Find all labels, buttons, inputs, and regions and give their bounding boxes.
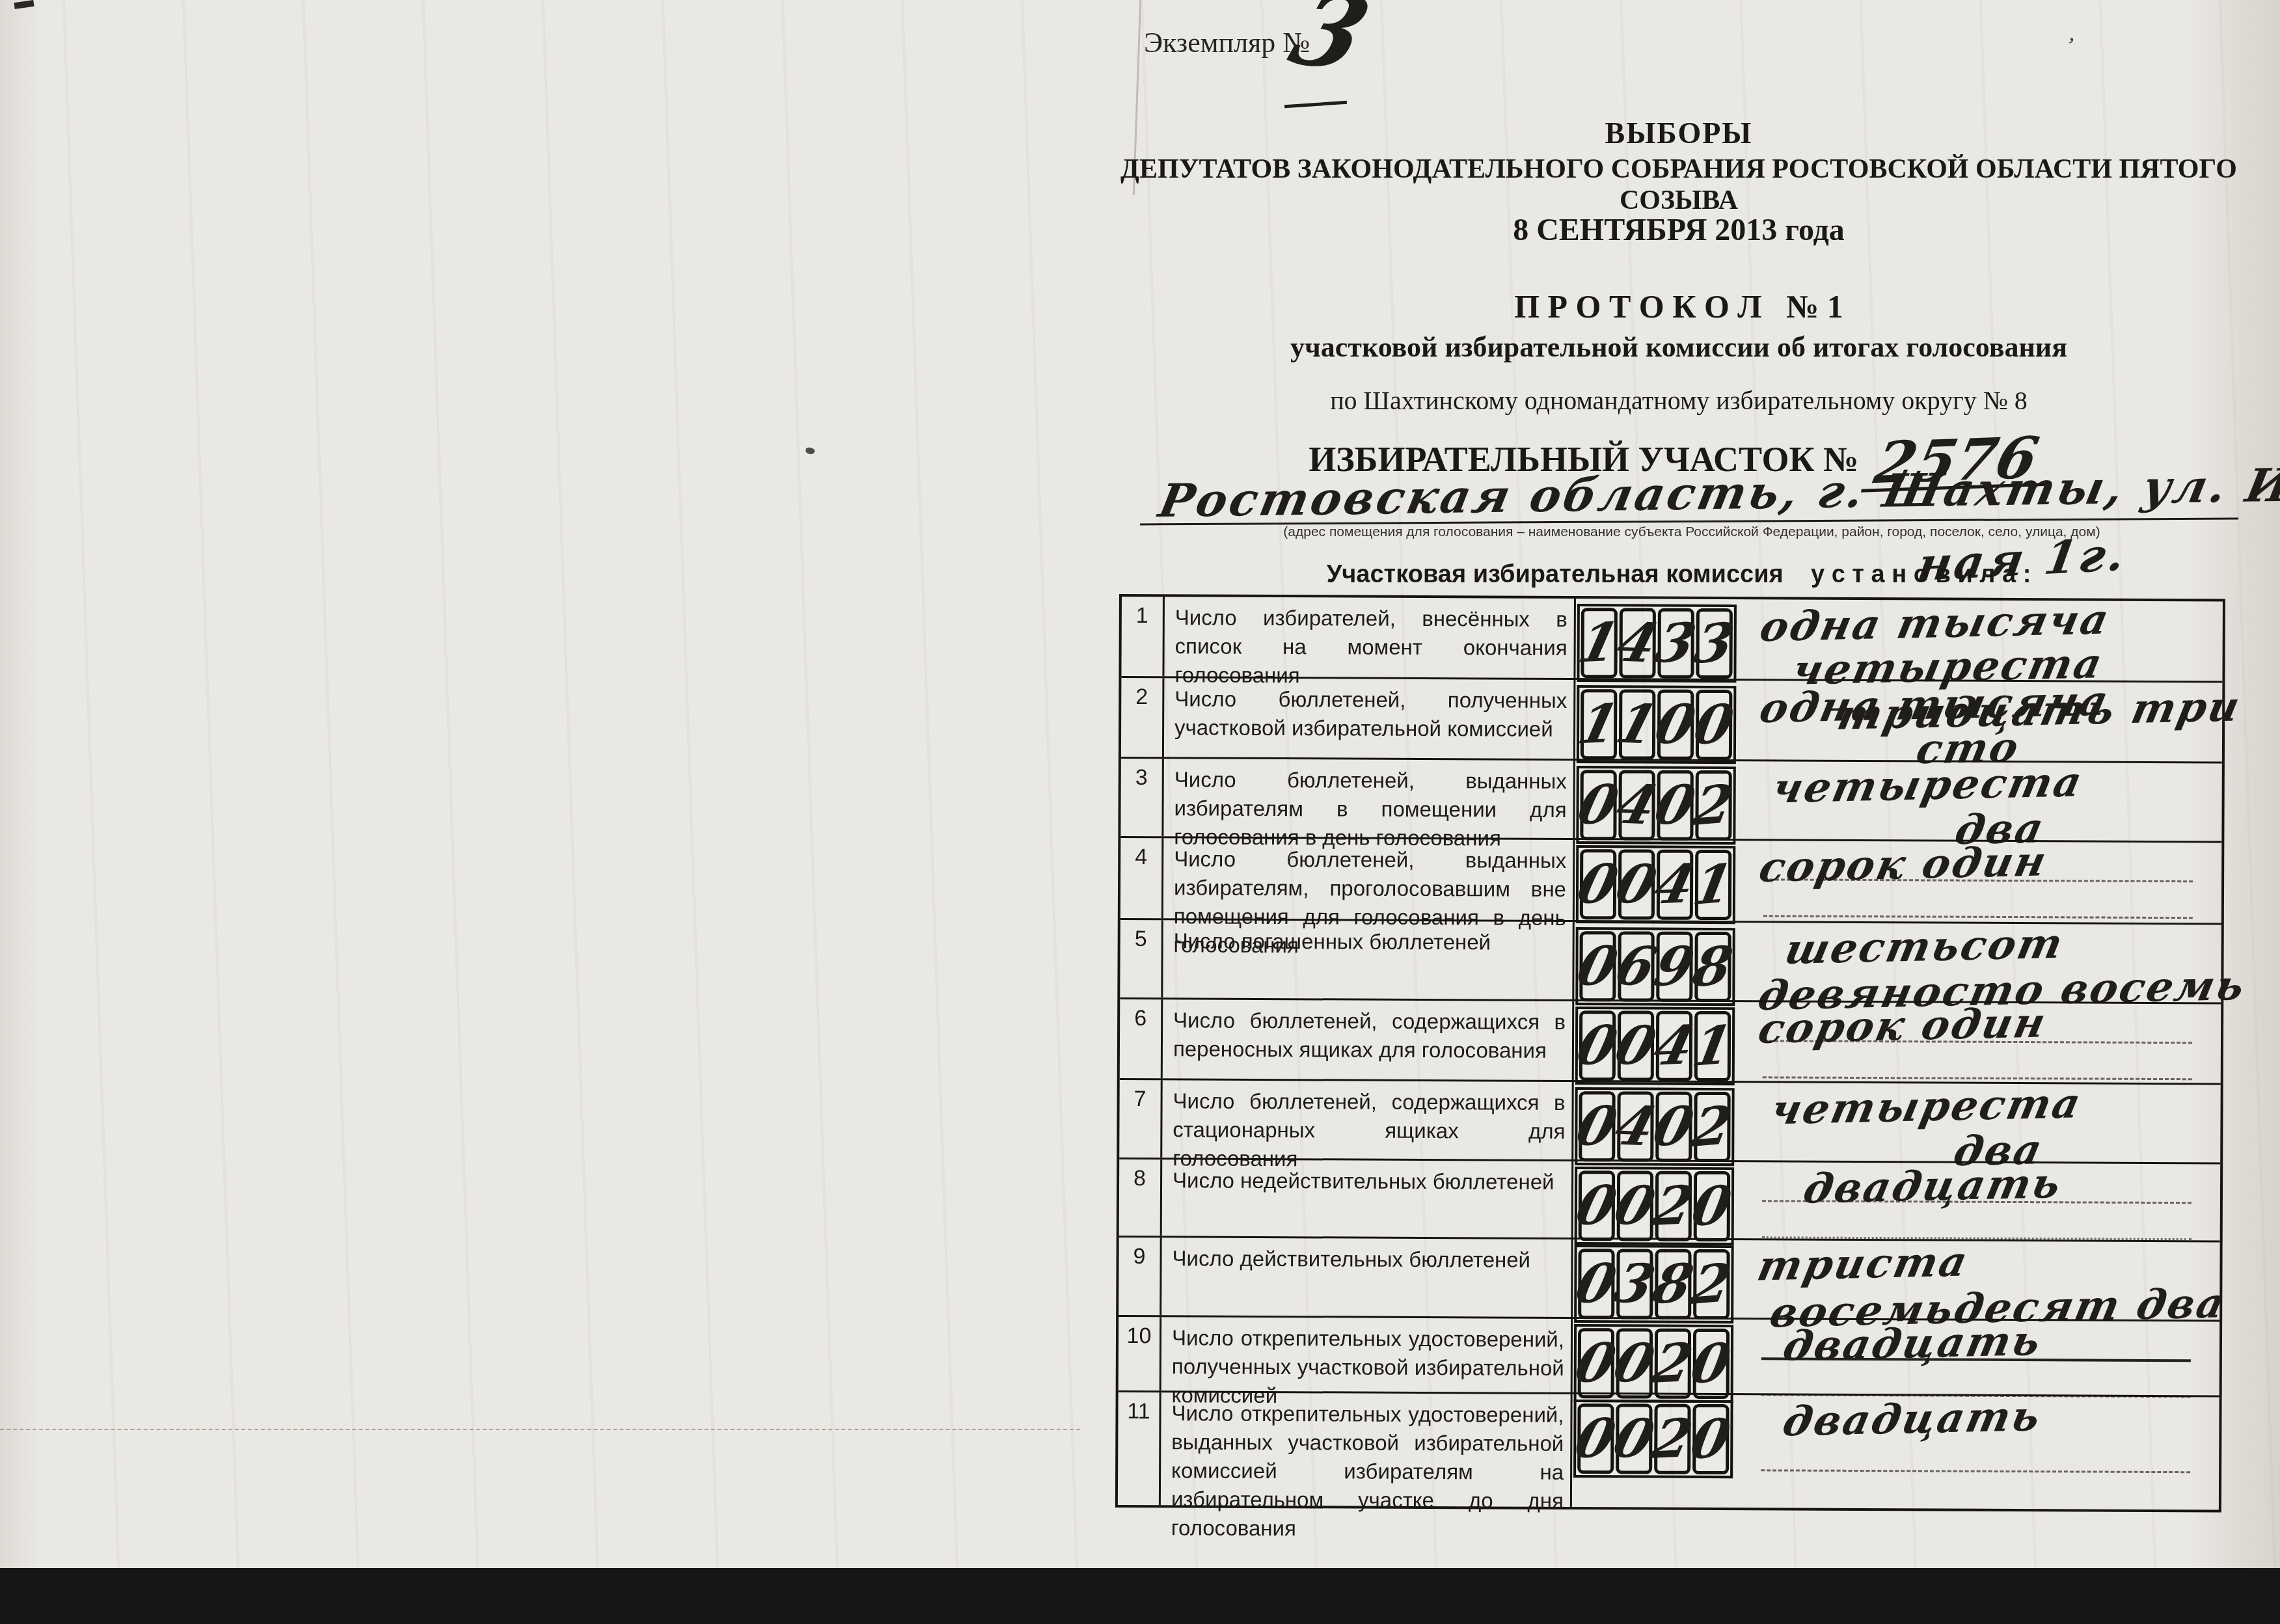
- digit-box: 4: [1657, 850, 1693, 920]
- row-label: Число избирателей, внесённых в список на…: [1164, 597, 1576, 678]
- digit-box: 2: [1693, 1249, 1730, 1319]
- ink-blot: [805, 446, 815, 455]
- row-number: 5: [1120, 920, 1163, 997]
- table-row: 9Число действительных бюллетеней0382трис…: [1119, 1236, 2220, 1319]
- row-value-area: 0382триставосемьдесят два: [1573, 1239, 2220, 1319]
- digit-boxes: 0402: [1575, 1087, 1735, 1166]
- row-label: Число недействительных бюллетеней: [1162, 1159, 1574, 1238]
- election-title: ВЫБОРЫ: [1106, 116, 2251, 150]
- row-value-area: 0698шестьсотдевяносто восемь: [1574, 922, 2221, 1002]
- row-number: 3: [1120, 759, 1164, 836]
- digit-box: 2: [1694, 1092, 1730, 1162]
- election-date: 8 СЕНТЯБРЯ 2013 года: [1106, 212, 2251, 248]
- digit-box: 3: [1657, 608, 1694, 679]
- digit-box: 0: [1655, 1092, 1692, 1162]
- table-row: 10Число открепительных удостоверений, по…: [1119, 1315, 2219, 1395]
- digit-box: 2: [1655, 1171, 1692, 1241]
- digit-box: 0: [1693, 1329, 1730, 1399]
- digit-box: 0: [1696, 690, 1732, 760]
- row-label: Число действительных бюллетеней: [1161, 1238, 1573, 1317]
- row-label: Число открепительных удостоверений, полу…: [1161, 1317, 1573, 1392]
- row-label: Число погашенных бюллетеней: [1163, 920, 1575, 999]
- digit-box: 8: [1655, 1249, 1691, 1319]
- district-line: по Шахтинскому одномандатному избиратель…: [1106, 385, 2251, 416]
- election-subtitle: ДЕПУТАТОВ ЗАКОНОДАТЕЛЬНОГО СОБРАНИЯ РОСТ…: [1106, 154, 2251, 216]
- scanned-protocol-sheet: ʼ Экземпляр № 3 ВЫБОРЫ ДЕПУТАТОВ ЗАКОНОД…: [0, 0, 2280, 1568]
- table-row: 2Число бюллетеней, полученных участковой…: [1121, 676, 2223, 761]
- table-row: 1Число избирателей, внесённых в список н…: [1121, 597, 2223, 681]
- row-value-area: 0041сорок один: [1575, 840, 2222, 923]
- row-number: 9: [1119, 1238, 1162, 1315]
- stray-pen-mark: ʼ: [2064, 33, 2076, 59]
- row-number: 6: [1120, 999, 1163, 1078]
- digit-boxes: 0041: [1575, 1007, 1735, 1085]
- digit-boxes: 0041: [1576, 845, 1736, 924]
- row-value-area: 0402четырестадва: [1573, 1082, 2221, 1162]
- handwritten-value-words: двадцать: [1758, 1396, 2214, 1442]
- digit-box: 3: [1696, 608, 1732, 679]
- table-row: 11Число открепительных удостоверений, вы…: [1118, 1390, 2219, 1509]
- digit-boxes: 0020: [1573, 1400, 1733, 1478]
- row-number: 8: [1119, 1159, 1163, 1236]
- results-table: 1Число избирателей, внесённых в список н…: [1115, 594, 2225, 1512]
- handwritten-value-words: сорок один: [1760, 1003, 2216, 1049]
- digit-box: 2: [1654, 1404, 1690, 1474]
- table-row: 4Число бюллетеней, выданных избирателям,…: [1120, 836, 2222, 923]
- row-number: 4: [1120, 838, 1164, 918]
- row-value-area: 0020двадцать: [1573, 1319, 2219, 1395]
- digit-box: 1: [1694, 1011, 1731, 1081]
- paper-fold-line: [0, 1429, 1080, 1430]
- digit-box: 8: [1694, 932, 1731, 1002]
- copy-number-label: Экземпляр №: [1144, 26, 1310, 59]
- table-row: 5Число погашенных бюллетеней0698шестьсот…: [1120, 918, 2221, 1002]
- row-number: 1: [1121, 597, 1165, 676]
- value-guide-line: [1763, 915, 2193, 919]
- digit-boxes: 0020: [1575, 1167, 1735, 1245]
- handwritten-value-words: двадцать: [1759, 1321, 2214, 1366]
- handwritten-value-words: одна тысячасто: [1761, 682, 2218, 771]
- value-guide-line: [1761, 1469, 2190, 1473]
- digit-box: 4: [1656, 1011, 1692, 1081]
- digit-boxes: 0382: [1574, 1245, 1734, 1323]
- row-value-area: 0020двадцать: [1573, 1161, 2221, 1240]
- digit-boxes: 0402: [1576, 766, 1736, 845]
- row-label: Число бюллетеней, выданных избирателям в…: [1163, 759, 1575, 838]
- row-label: Число бюллетеней, полученных участковой …: [1164, 678, 1576, 759]
- digit-box: 0: [1692, 1404, 1729, 1474]
- row-number: 2: [1121, 678, 1165, 757]
- table-row: 6Число бюллетеней, содержащихся в перено…: [1120, 997, 2221, 1083]
- row-value-area: 0402четырестадва: [1575, 761, 2222, 841]
- table-row: 8Число недействительных бюллетеней0020дв…: [1119, 1157, 2221, 1240]
- row-value-area: 1100одна тысячасто: [1575, 680, 2223, 761]
- digit-box: 0: [1694, 1171, 1730, 1241]
- digit-box: 2: [1695, 770, 1731, 841]
- scanner-background: [0, 1568, 2280, 1624]
- protocol-subtitle: участковой избирательной комиссии об ито…: [1106, 331, 2251, 364]
- row-value-area: 0041сорок один: [1574, 1001, 2221, 1083]
- digit-box: 0: [1657, 770, 1693, 841]
- digit-box: 0: [1657, 690, 1694, 760]
- digit-boxes: 1433: [1577, 604, 1737, 683]
- copy-number-handwritten: 3: [1280, 0, 1380, 84]
- digit-boxes: 1100: [1577, 685, 1737, 764]
- handwritten-value-words: двадцать: [1759, 1163, 2215, 1209]
- digit-box: 2: [1655, 1329, 1691, 1399]
- row-value-area: 0020двадцать: [1572, 1394, 2219, 1509]
- copy-number-underline: [1284, 101, 1347, 109]
- value-guide-line: [1763, 1076, 2192, 1080]
- handwritten-value-words: сорок один: [1761, 842, 2216, 887]
- row-value-area: 1433одна тысячачетырестатридцать три: [1575, 599, 2223, 681]
- digit-box: 1: [1695, 850, 1731, 920]
- digit-box: 9: [1656, 932, 1692, 1002]
- scan-edge-artifact: [14, 0, 34, 9]
- digit-boxes: 0698: [1575, 927, 1735, 1006]
- row-number: 7: [1119, 1080, 1163, 1157]
- commission-established-line: Участковая избирательная комиссия у с т …: [1106, 561, 2251, 589]
- row-label: Число бюллетеней, содержащихся в перенос…: [1163, 999, 1575, 1080]
- row-number: 10: [1119, 1317, 1161, 1390]
- table-row: 7Число бюллетеней, содержащихся в стацио…: [1119, 1078, 2221, 1162]
- digit-boxes: 0020: [1574, 1324, 1734, 1403]
- row-label: Число открепительных удостоверений, выда…: [1161, 1392, 1573, 1507]
- handwritten-value-words: четырестадва: [1759, 1084, 2216, 1173]
- protocol-title: П Р О Т О К О Л № 1: [1106, 288, 2251, 325]
- table-row: 3Число бюллетеней, выданных избирателям …: [1120, 757, 2222, 841]
- row-label: Число бюллетеней, выданных избирателям, …: [1163, 838, 1575, 920]
- row-number: 11: [1118, 1392, 1161, 1505]
- row-label: Число бюллетеней, содержащихся в стацион…: [1162, 1080, 1574, 1159]
